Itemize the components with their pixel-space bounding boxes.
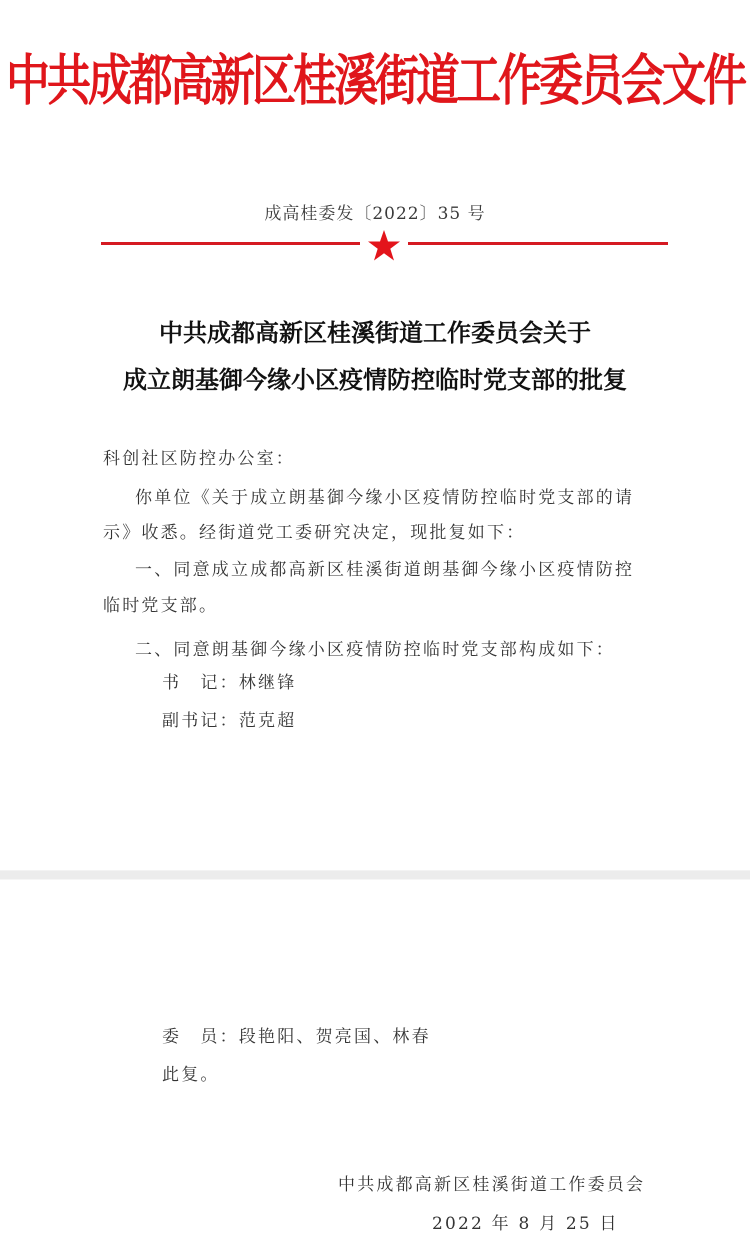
closing-text: 此复。	[162, 1060, 220, 1085]
document-title-line-2: 成立朗基御今缘小区疫情防控临时党支部的批复	[0, 360, 750, 395]
red-rule-left	[101, 242, 360, 245]
masthead-title: 中共成都高新区桂溪街道工作委员会文件	[0, 38, 750, 126]
members-role: 委 员：	[162, 1027, 239, 1047]
secretary-role: 书 记：	[162, 673, 239, 693]
paragraph-1-line-2: 示》收悉。经街道党工委研究决定，现批复如下：	[103, 518, 525, 543]
paragraph-2-line-1: 一、同意成立成都高新区桂溪街道朗基御今缘小区疫情防控	[135, 555, 634, 580]
paragraph-1-line-1: 你单位《关于成立朗基御今缘小区疫情防控临时党支部的请	[135, 483, 634, 508]
deputy-secretary-role: 副书记：	[162, 711, 239, 731]
paragraph-3: 二、同意朗基御今缘小区疫情防控临时党支部构成如下：	[135, 635, 615, 660]
paragraph-2-line-2: 临时党支部。	[103, 591, 218, 616]
signing-organization: 中共成都高新区桂溪街道工作委员会	[338, 1170, 645, 1195]
secretary-row: 书 记：林继锋	[162, 668, 296, 693]
page-separator	[0, 870, 750, 880]
addressee: 科创社区防控办公室：	[103, 444, 295, 469]
members-names: 段艳阳、贺亮国、林春	[239, 1027, 431, 1047]
deputy-secretary-row: 副书记：范克超	[162, 706, 296, 731]
signing-date: 2022 年 8 月 25 日	[432, 1209, 619, 1234]
document-number: 成高桂委发〔2022〕35 号	[0, 202, 750, 226]
secretary-name: 林继锋	[239, 673, 297, 693]
document-title-line-1: 中共成都高新区桂溪街道工作委员会关于	[0, 313, 750, 348]
star-icon	[367, 229, 401, 262]
deputy-secretary-name: 范克超	[239, 711, 297, 731]
red-rule-right	[408, 242, 668, 245]
committee-members-row: 委 员：段艳阳、贺亮国、林春	[162, 1022, 431, 1047]
